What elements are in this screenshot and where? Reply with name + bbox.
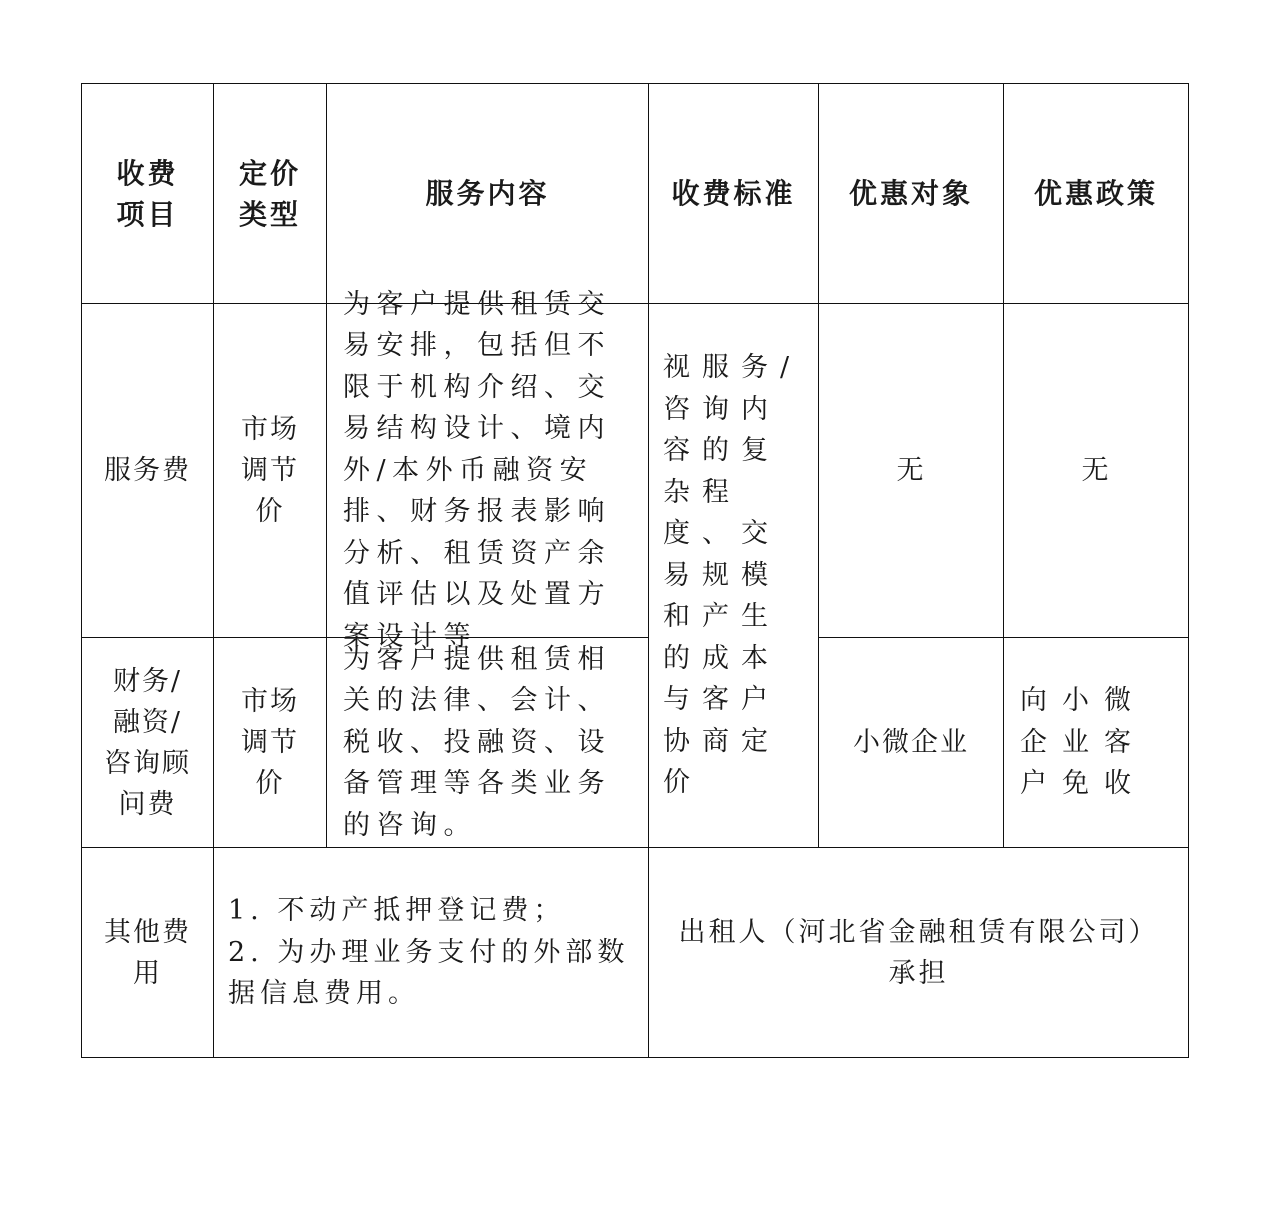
advisory-fee-content-text: 为客户提供租赁相关的法律、会计、税收、投融资、设备管理等各类业务的咨询。 bbox=[343, 639, 634, 847]
header-fee-item-line2: 项目 bbox=[116, 194, 178, 235]
pricing-type-line1: 市场 bbox=[241, 681, 299, 722]
header-service-content-text: 服务内容 bbox=[425, 173, 549, 214]
other-fees-bearer-line1: 出租人（河北省金融租赁有限公司） bbox=[679, 912, 1159, 953]
header-pricing-type-line1: 定价 bbox=[239, 153, 301, 194]
row-service-fee-discount-policy: 无 bbox=[1003, 303, 1189, 638]
header-discount-policy-text: 优惠政策 bbox=[1034, 173, 1158, 214]
service-fee-item-text: 服务费 bbox=[104, 450, 191, 491]
advisory-item-line4: 问费 bbox=[104, 784, 191, 825]
row-advisory-fee-discount-policy: 向小微企业客户免收 bbox=[1003, 637, 1189, 848]
row-advisory-fee-item: 财务/ 融资/ 咨询顾 问费 bbox=[81, 637, 214, 848]
other-fees-content-line2: 2. 为办理业务支付的外部数据信息费用。 bbox=[228, 932, 634, 1015]
service-fee-content-text: 为客户提供租赁交易安排，包括但不限于机构介绍、交易结构设计、境内外/本外币融资安… bbox=[343, 284, 634, 658]
row-advisory-fee-discount-target: 小微企业 bbox=[818, 637, 1004, 848]
row-advisory-fee-content: 为客户提供租赁相关的法律、会计、税收、投融资、设备管理等各类业务的咨询。 bbox=[326, 637, 649, 848]
fee-table: 收费 项目 定价 类型 服务内容 收费标准 优惠对象 优惠政策 服务费 市场 调… bbox=[81, 83, 1189, 1058]
row-other-fees-item: 其他费 用 bbox=[81, 847, 214, 1058]
header-discount-target: 优惠对象 bbox=[818, 83, 1004, 304]
service-fee-discount-target-text: 无 bbox=[897, 450, 926, 491]
header-fee-standard-text: 收费标准 bbox=[671, 173, 795, 214]
pricing-type-line1: 市场 bbox=[241, 409, 299, 450]
other-fees-content-line1: 1. 不动产抵押登记费； bbox=[228, 890, 634, 932]
row-service-fee-pricing-type: 市场 调节 价 bbox=[213, 303, 327, 638]
pricing-type-line3: 价 bbox=[241, 763, 299, 804]
header-discount-target-text: 优惠对象 bbox=[849, 173, 973, 214]
pricing-type-line3: 价 bbox=[241, 491, 299, 532]
shared-fee-standard: 视服务/咨询内容的复杂程度、交易规模和产生的成本与客户协商定价 bbox=[648, 303, 819, 848]
header-fee-item-line1: 收费 bbox=[116, 153, 178, 194]
header-pricing-type-line2: 类型 bbox=[239, 194, 301, 235]
shared-fee-standard-text: 视服务/咨询内容的复杂程度、交易规模和产生的成本与客户协商定价 bbox=[663, 347, 808, 804]
row-service-fee-item: 服务费 bbox=[81, 303, 214, 638]
row-service-fee-discount-target: 无 bbox=[818, 303, 1004, 638]
advisory-item-line3: 咨询顾 bbox=[104, 743, 191, 784]
other-fees-item-line2: 用 bbox=[104, 953, 191, 994]
row-advisory-fee-pricing-type: 市场 调节 价 bbox=[213, 637, 327, 848]
advisory-item-line1: 财务/ bbox=[104, 661, 191, 702]
other-fees-bearer-line2: 承担 bbox=[679, 953, 1159, 994]
other-fees-item-line1: 其他费 bbox=[104, 912, 191, 953]
header-discount-policy: 优惠政策 bbox=[1003, 83, 1189, 304]
pricing-type-line2: 调节 bbox=[241, 450, 299, 491]
service-fee-discount-policy-text: 无 bbox=[1082, 450, 1111, 491]
row-other-fees-content: 1. 不动产抵押登记费； 2. 为办理业务支付的外部数据信息费用。 bbox=[213, 847, 649, 1058]
row-other-fees-bearer: 出租人（河北省金融租赁有限公司） 承担 bbox=[648, 847, 1189, 1058]
pricing-type-line2: 调节 bbox=[241, 722, 299, 763]
header-fee-standard: 收费标准 bbox=[648, 83, 819, 304]
advisory-fee-discount-target-text: 小微企业 bbox=[853, 722, 969, 763]
header-fee-item: 收费 项目 bbox=[81, 83, 214, 304]
header-service-content: 服务内容 bbox=[326, 83, 649, 304]
row-service-fee-content: 为客户提供租赁交易安排，包括但不限于机构介绍、交易结构设计、境内外/本外币融资安… bbox=[326, 303, 649, 638]
header-pricing-type: 定价 类型 bbox=[213, 83, 327, 304]
advisory-fee-discount-policy-text: 向小微企业客户免收 bbox=[1020, 680, 1176, 805]
advisory-item-line2: 融资/ bbox=[104, 702, 191, 743]
